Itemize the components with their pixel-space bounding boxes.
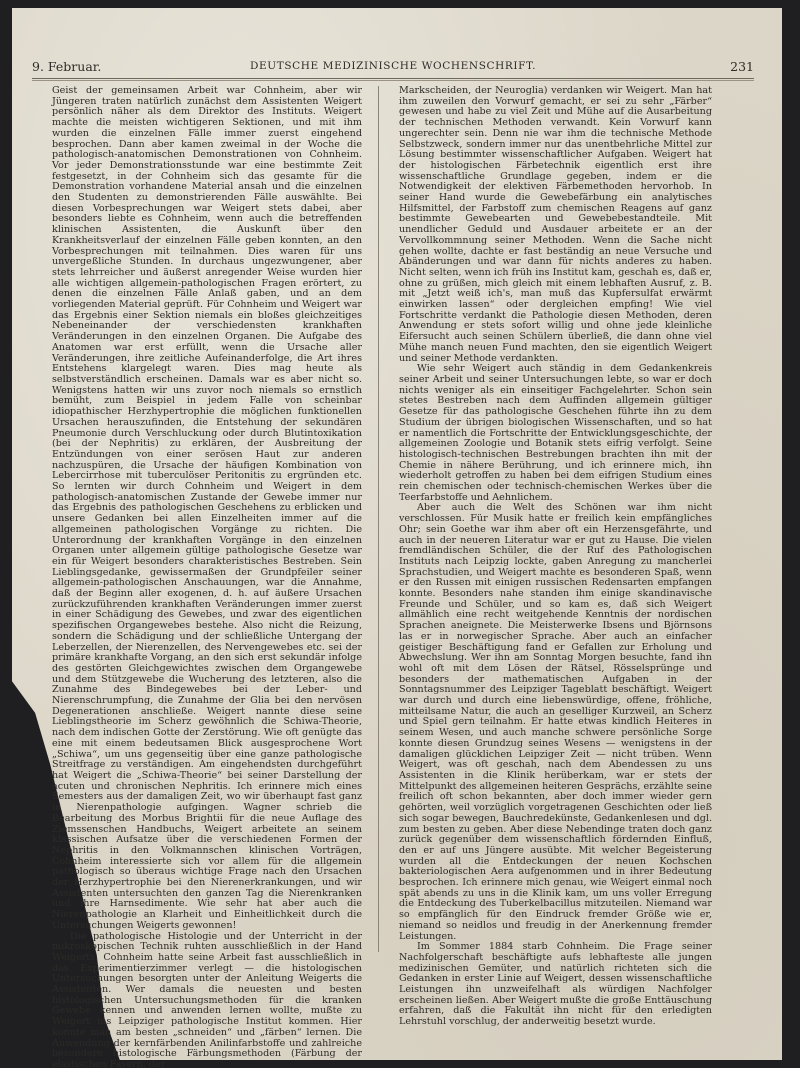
right-column: Markscheiden, der Neuroglia) verdanken w… (399, 86, 712, 1028)
paragraph: Wie sehr Weigert auch ständig in dem Ged… (399, 364, 712, 503)
paragraph: Markscheiden, der Neuroglia) verdanken w… (399, 86, 712, 364)
left-column: Geist der gemeinsamen Arbeit war Cohnhei… (52, 86, 362, 1068)
paragraph: Geist der gemeinsamen Arbeit war Cohnhei… (52, 86, 362, 932)
paragraph: Im Sommer 1884 starb Cohnheim. Die Frage… (399, 942, 712, 1028)
page-header: 9. Februar. DEUTSCHE MEDIZINISCHE WOCHEN… (32, 59, 754, 77)
paragraph: Aber auch die Welt des Schönen war ihm n… (399, 503, 712, 942)
paragraph: Die pathologische Histologie und der Unt… (52, 932, 362, 1068)
header-rule (32, 78, 754, 79)
journal-title: DEUTSCHE MEDIZINISCHE WOCHENSCHRIFT. (250, 60, 536, 72)
issue-date: 9. Februar. (32, 59, 101, 74)
page-number: 231 (730, 59, 754, 74)
column-divider (378, 86, 379, 952)
header-rule-secondary (32, 80, 754, 81)
